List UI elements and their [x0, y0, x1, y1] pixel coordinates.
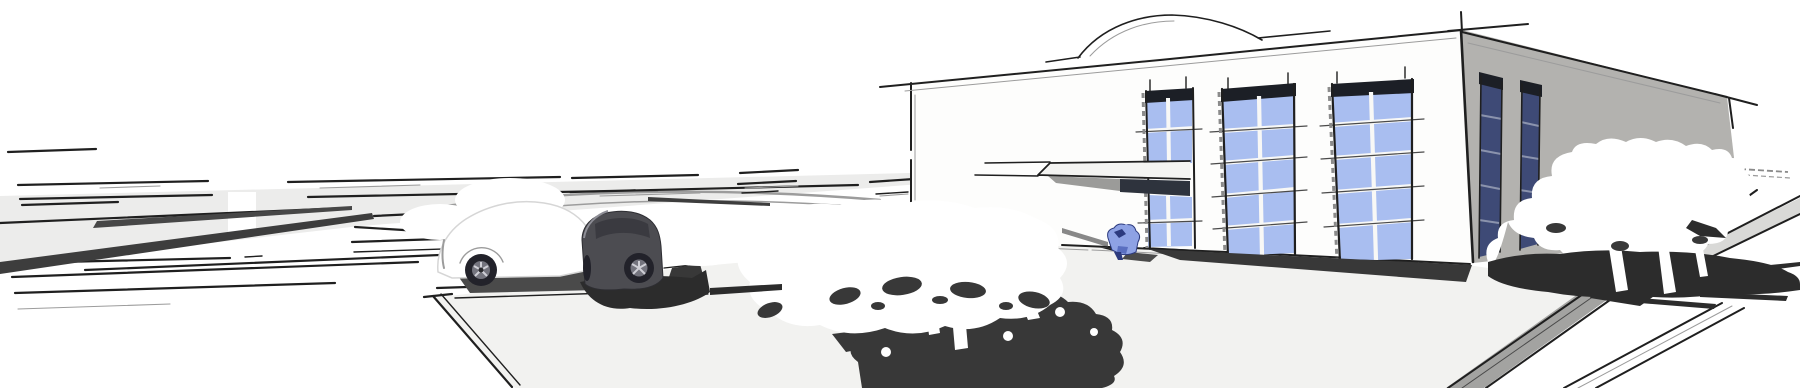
- roof-arc-pencil: [1090, 21, 1174, 56]
- leaf-cluster: [999, 302, 1013, 310]
- shadow-light-hole: [881, 347, 891, 357]
- tree-canopy-white: [738, 199, 1068, 333]
- shadow-light-hole: [1055, 307, 1065, 317]
- leaf-cluster: [1692, 236, 1708, 244]
- architectural-sketch-scene: [0, 0, 1800, 388]
- leaf-cluster: [871, 302, 885, 310]
- shadow-streak: [1640, 298, 1716, 309]
- bush-white: [654, 230, 746, 266]
- leaf-cluster: [932, 296, 948, 304]
- leaf-cluster: [1611, 241, 1629, 251]
- trailer-wheel-far: [583, 255, 591, 281]
- path-outer-inner: [1578, 306, 1732, 388]
- leaf-cluster: [1546, 223, 1566, 233]
- scribble-marks: [1740, 169, 1788, 172]
- figure-head: [1123, 225, 1130, 232]
- window-bay-3: [1320, 67, 1424, 262]
- shadow-light-hole: [1003, 331, 1013, 341]
- window-bay-2: [1210, 73, 1307, 259]
- sketch-canvas: [0, 0, 1800, 388]
- scribble-marks-2: [1745, 175, 1790, 178]
- shadow-light-hole: [1090, 328, 1098, 336]
- car-wheel-hub: [479, 268, 484, 273]
- path-outer-edges: [1564, 303, 1744, 388]
